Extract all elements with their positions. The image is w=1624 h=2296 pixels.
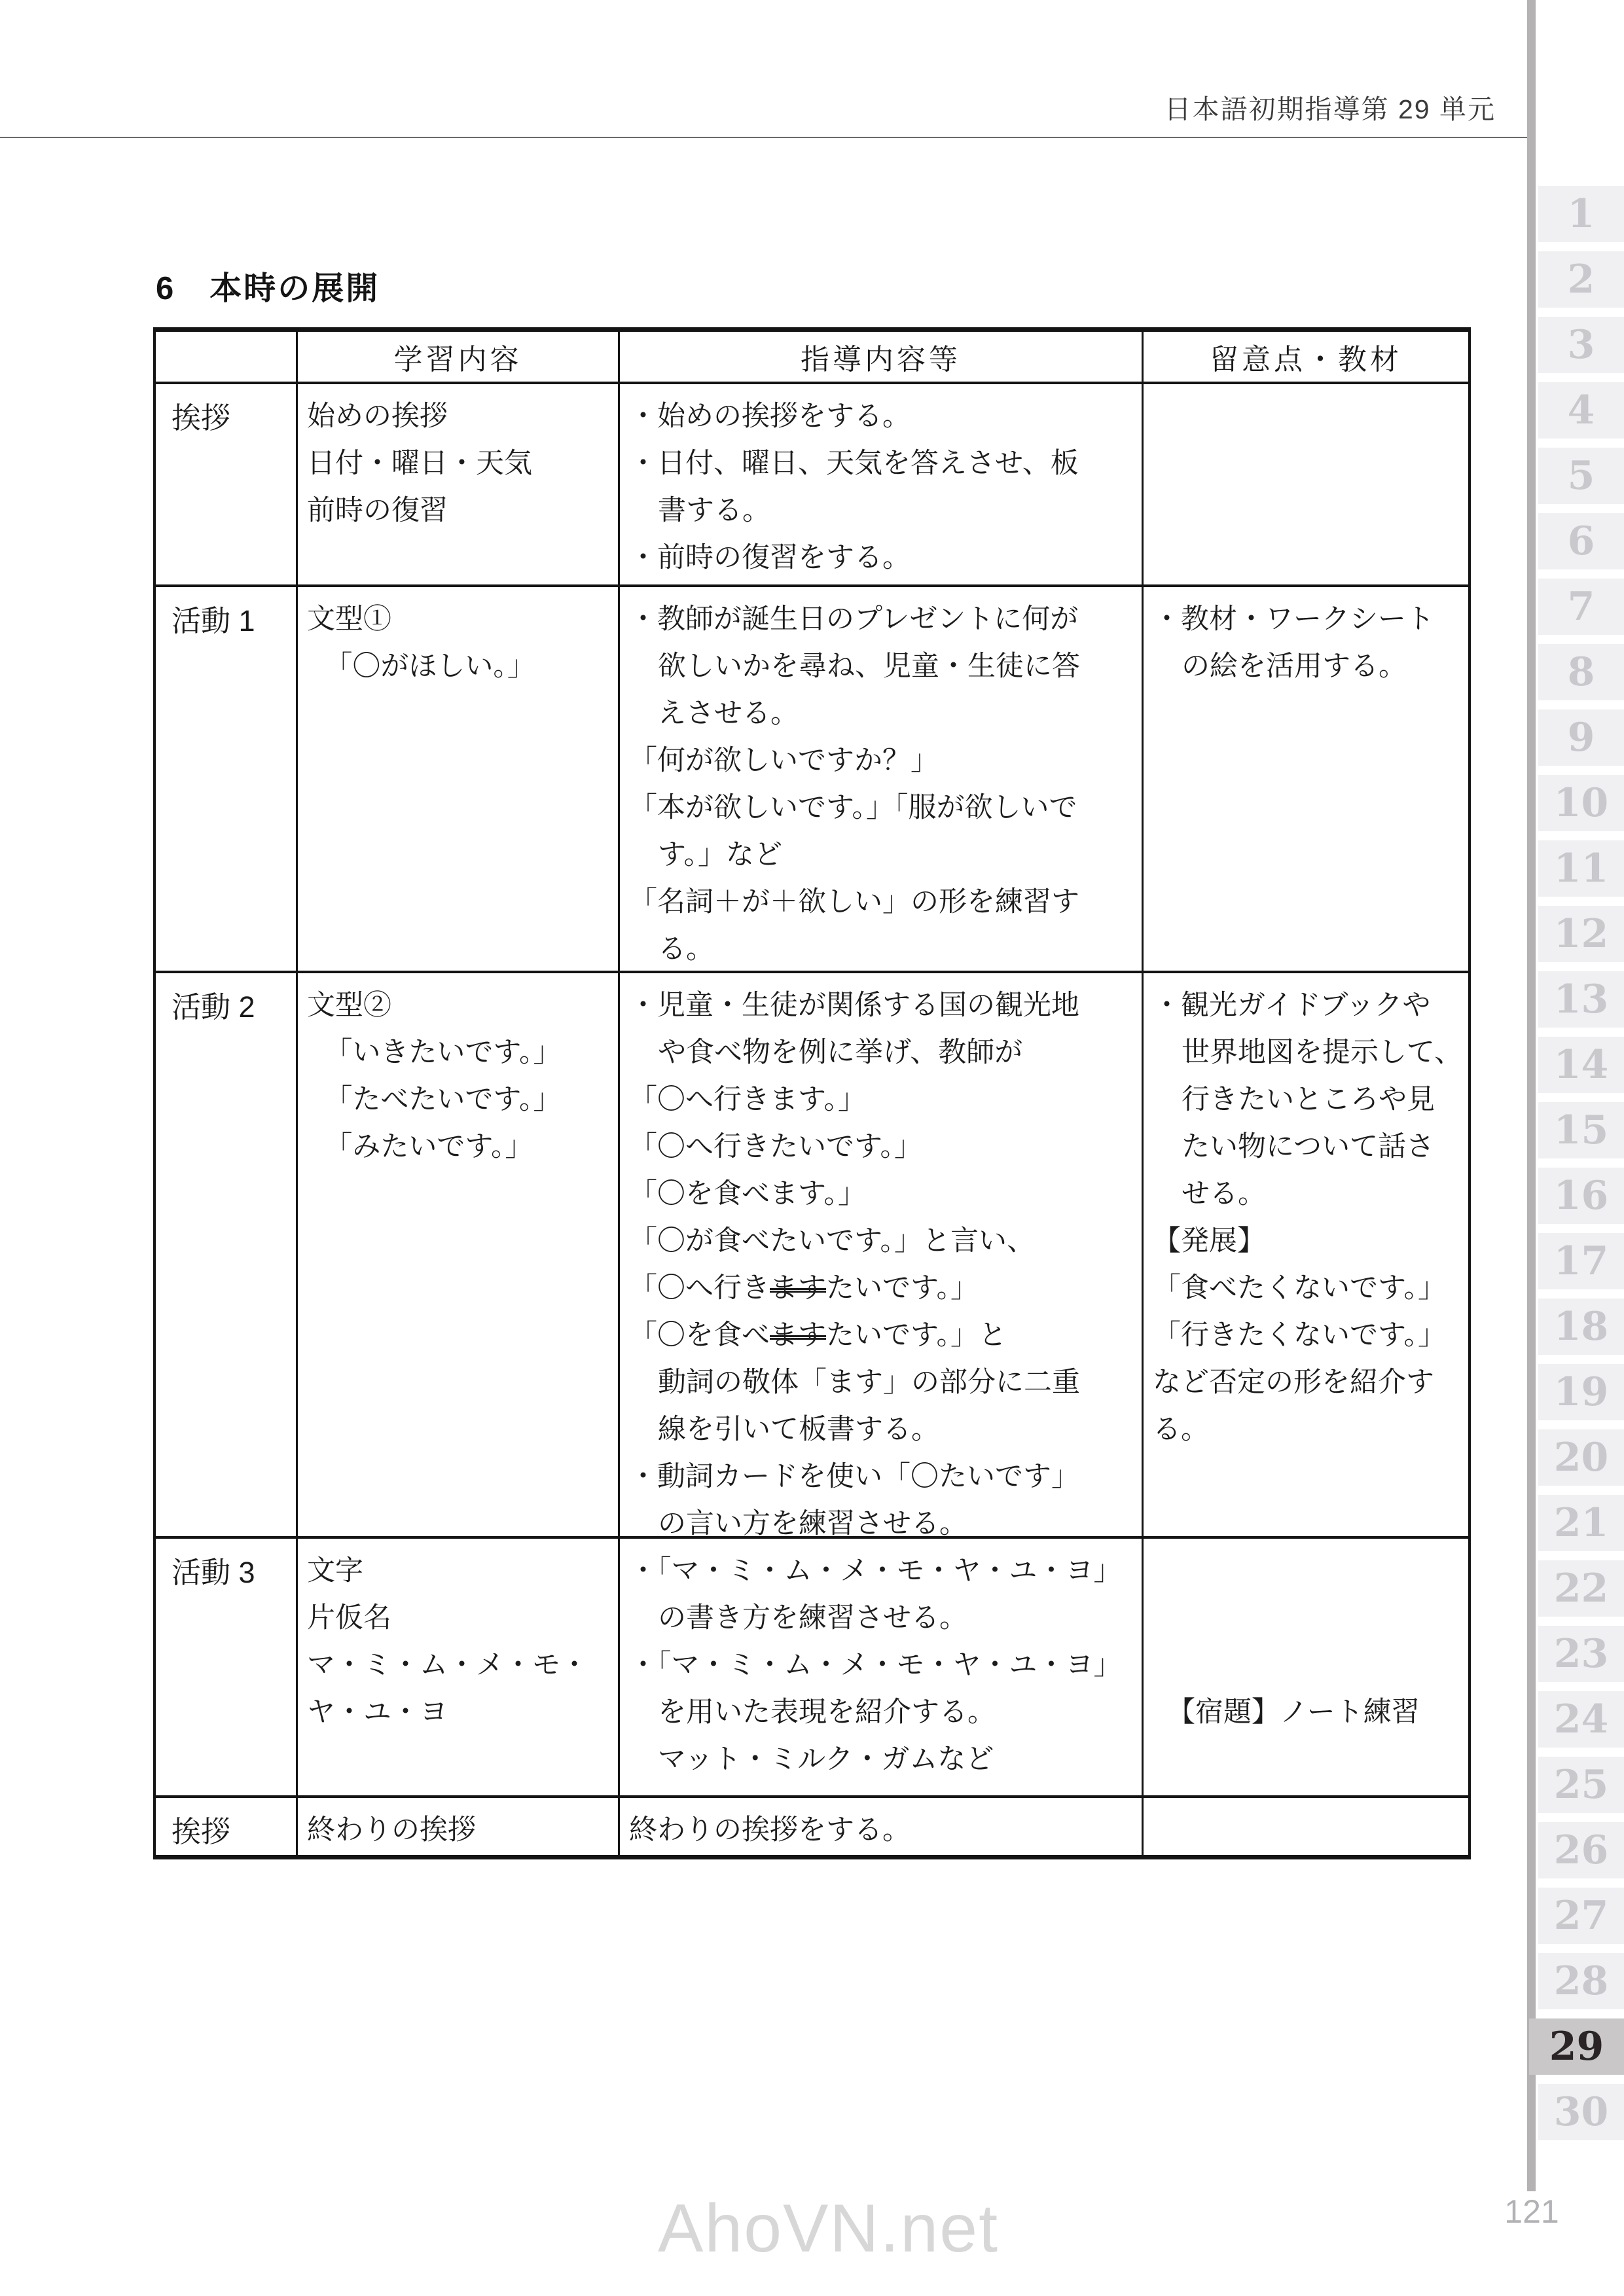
text-line: 文型② (307, 982, 618, 1030)
notes-content-cell: 【宿題】ノート練習 (1144, 1539, 1468, 1798)
text-line: えさせる。 (629, 691, 1142, 738)
guidance-content-cell: ・「マ・ミ・ム・メ・モ・ヤ・ユ・ヨ」の書き方を練習させる。・「マ・ミ・ム・メ・モ… (620, 1539, 1144, 1798)
chapter-tab-13[interactable]: 13 (1538, 971, 1624, 1028)
text-line: 「本が欲しいです。」「服が欲しいで (629, 785, 1142, 832)
chapter-tab-15[interactable]: 15 (1538, 1102, 1624, 1158)
text-line: ・前時の復習をする。 (629, 535, 1142, 582)
text-run: せる。 (1182, 1179, 1266, 1210)
text-run: 「〇がほしい。」 (324, 651, 535, 682)
text-run: 日付・曜日・天気 (307, 448, 532, 479)
text-line: など否定の形を紹介す (1153, 1359, 1468, 1407)
double-strikethrough-text: ます (770, 1320, 826, 1351)
double-strikethrough-text: ます (770, 1273, 826, 1304)
row-label: 挨拶 (171, 395, 296, 442)
chapter-tab-29-active[interactable]: 29 (1529, 2018, 1624, 2075)
chapter-tab-27[interactable]: 27 (1538, 1888, 1624, 1944)
text-line: ・観光ガイドブックや (1153, 982, 1468, 1030)
text-line: ・動詞カードを使い「〇たいです」 (629, 1454, 1142, 1501)
text-run: 「いきたいです。」 (324, 1037, 561, 1068)
column-header: 指導内容等 (620, 332, 1144, 384)
text-line: 線を引いて板書する。 (629, 1407, 1142, 1454)
text-run: 文型② (307, 990, 391, 1021)
text-line: 「みたいです。」 (307, 1124, 618, 1171)
chapter-tab-9[interactable]: 9 (1538, 709, 1624, 766)
text-run: 終わりの挨拶 (307, 1815, 476, 1846)
text-run: 「みたいです。」 (324, 1132, 533, 1162)
chapter-tab-23[interactable]: 23 (1538, 1626, 1624, 1682)
chapter-tab-2[interactable]: 2 (1538, 251, 1624, 308)
watermark: AhoVN.net (658, 2190, 999, 2268)
text-line: 「行きたくないです。」 (1153, 1312, 1468, 1359)
guidance-content-cell: ・児童・生徒が関係する国の観光地や食べ物を例に挙げ、教師が「〇へ行きます。」「〇… (620, 973, 1144, 1539)
chapter-tab-28[interactable]: 28 (1538, 1953, 1624, 2009)
chapter-tab-6[interactable]: 6 (1538, 513, 1624, 569)
text-line: 「〇へ行きますたいです。」 (629, 1265, 1142, 1312)
document-page: 日本語初期指導第 29 単元 6 本時の展開 学習内容指導内容等留意点・教材挨拶… (0, 0, 1624, 2296)
text-run: ・「マ・ミ・ム・メ・モ・ヤ・ユ・ヨ」 (629, 1556, 1122, 1587)
text-run: 文型① (307, 604, 391, 635)
chapter-tab-25[interactable]: 25 (1538, 1757, 1624, 1813)
text-line: マット・ミルク・ガムなど (629, 1736, 1142, 1784)
text-line: 書する。 (629, 488, 1142, 535)
text-line: 世界地図を提示して、 (1153, 1030, 1468, 1077)
chapter-tab-7[interactable]: 7 (1538, 579, 1624, 635)
text-run: 前時の復習 (307, 495, 448, 526)
text-line: の書き方を練習させる。 (629, 1595, 1142, 1642)
text-line: 行きたいところや見 (1153, 1077, 1468, 1124)
text-run: 書する。 (658, 495, 770, 526)
guidance-content-cell: ・始めの挨拶をする。・日付、曜日、天気を答えさせ、板書する。・前時の復習をする。 (620, 384, 1144, 587)
text-run: 「本が欲しいです。」「服が欲しいで (629, 793, 1077, 823)
text-run: す。」など (658, 840, 782, 870)
text-run: えさせる。 (658, 698, 799, 729)
text-line: 「〇が食べたいです。」と言い、 (629, 1218, 1142, 1265)
guidance-content-cell: 終わりの挨拶をする。 (620, 1798, 1144, 1855)
text-line: ・教材・ワークシート (1153, 596, 1468, 643)
chapter-tab-5[interactable]: 5 (1538, 448, 1624, 504)
learning-content-cell: 文型①「〇がほしい。」 (298, 587, 620, 973)
chapter-tab-21[interactable]: 21 (1538, 1495, 1624, 1551)
text-line: 日付・曜日・天気 (307, 440, 618, 488)
text-run: 「行きたくないです。」 (1153, 1320, 1446, 1351)
text-run: 文字 (307, 1556, 363, 1587)
text-line (1153, 1642, 1468, 1689)
column-header: 学習内容 (298, 332, 620, 384)
text-run: 行きたいところや見 (1182, 1085, 1435, 1115)
chapter-tab-3[interactable]: 3 (1538, 317, 1624, 373)
text-run: を用いた表現を紹介する。 (658, 1697, 996, 1728)
text-run: の書き方を練習させる。 (658, 1603, 967, 1634)
text-run: ・日付、曜日、天気を答えさせ、板 (629, 448, 1079, 479)
text-run: マット・ミルク・ガムなど (658, 1744, 994, 1775)
text-run: 「〇が食べたいです。」と言い、 (629, 1226, 1035, 1257)
text-run: マ・ミ・ム・メ・モ・ (307, 1650, 588, 1681)
sidebar-rail (1527, 0, 1536, 2191)
text-line: 「〇へ行きたいです。」 (629, 1124, 1142, 1171)
text-line: 終わりの挨拶 (307, 1807, 618, 1854)
chapter-tab-20[interactable]: 20 (1538, 1429, 1624, 1486)
text-run: 「〇へ行きたいです。」 (629, 1132, 922, 1162)
text-line: 動詞の敬体「ます」の部分に二重 (629, 1359, 1142, 1407)
text-run: ・教材・ワークシート (1153, 604, 1434, 635)
page-number: 121 (1466, 2193, 1597, 2231)
text-line: 欲しいかを尋ね、児童・生徒に答 (629, 643, 1142, 691)
text-line: 「何が欲しいですか？」 (629, 738, 1142, 785)
text-line: 文字 (307, 1548, 618, 1595)
row-label-cell: 活動 1 (156, 587, 298, 973)
text-run: ・児童・生徒が関係する国の観光地 (629, 990, 1079, 1021)
row-label: 活動 1 (171, 598, 296, 645)
text-line: 「たべたいです。」 (307, 1077, 618, 1124)
chapter-tab-11[interactable]: 11 (1538, 840, 1624, 897)
text-line: 「名詞＋が＋欲しい」の形を練習す (629, 879, 1142, 926)
text-line: 「〇がほしい。」 (307, 643, 618, 691)
text-run: ・教師が誕生日のプレゼントに何が (629, 604, 1078, 635)
text-line: 前時の復習 (307, 488, 618, 535)
column-header (156, 332, 298, 384)
chapter-tab-4[interactable]: 4 (1538, 382, 1624, 439)
guidance-content-cell: ・教師が誕生日のプレゼントに何が欲しいかを尋ね、児童・生徒に答えさせる。「何が欲… (620, 587, 1144, 973)
text-line: 「いきたいです。」 (307, 1030, 618, 1077)
text-run: 片仮名 (307, 1603, 391, 1634)
text-run: 「〇へ行きます。」 (629, 1085, 866, 1115)
text-line: す。」など (629, 832, 1142, 879)
text-line: ・「マ・ミ・ム・メ・モ・ヤ・ユ・ヨ」 (629, 1642, 1142, 1689)
text-line: 【発展】 (1153, 1218, 1468, 1265)
text-line: せる。 (1153, 1171, 1468, 1218)
text-line: ヤ・ユ・ヨ (307, 1689, 618, 1736)
row-label-cell: 挨拶 (156, 384, 298, 587)
running-header: 日本語初期指導第 29 単元 (1164, 88, 1496, 126)
text-run: ヤ・ユ・ヨ (307, 1697, 448, 1728)
row-label-cell: 挨拶 (156, 1798, 298, 1855)
learning-content-cell: 終わりの挨拶 (298, 1798, 620, 1855)
text-line (1153, 1548, 1468, 1595)
chapter-tab-1[interactable]: 1 (1538, 186, 1624, 242)
text-line: ・日付、曜日、天気を答えさせ、板 (629, 440, 1142, 488)
learning-content-cell: 文字片仮名マ・ミ・ム・メ・モ・ヤ・ユ・ヨ (298, 1539, 620, 1798)
section-title: 6 本時の展開 (156, 263, 380, 309)
row-label: 活動 3 (171, 1549, 296, 1596)
row-label: 挨拶 (171, 1808, 296, 1856)
text-run: ・観光ガイドブックや (1153, 990, 1430, 1021)
text-line (1153, 1595, 1468, 1642)
text-run: の言い方を練習させる。 (658, 1509, 967, 1539)
text-run: 欲しいかを尋ね、児童・生徒に答 (658, 651, 1080, 682)
text-line: 終わりの挨拶をする。 (629, 1807, 1142, 1854)
text-run: たいです。」 (826, 1273, 979, 1304)
text-line: 「食べたくないです。」 (1153, 1265, 1468, 1312)
chapter-tab-26[interactable]: 26 (1538, 1822, 1624, 1878)
text-run: たいです。」と (826, 1320, 1007, 1351)
text-line: 始めの挨拶 (307, 393, 618, 440)
text-line: 【宿題】ノート練習 (1153, 1689, 1468, 1736)
text-run: る。 (658, 934, 714, 965)
chapter-tab-30[interactable]: 30 (1538, 2084, 1624, 2140)
notes-content-cell: ・教材・ワークシートの絵を活用する。 (1144, 587, 1468, 973)
text-line: の絵を活用する。 (1153, 643, 1468, 691)
text-line: 片仮名 (307, 1595, 618, 1642)
text-run: 始めの挨拶 (307, 401, 448, 432)
text-run: る。 (1153, 1414, 1209, 1445)
learning-content-cell: 始めの挨拶日付・曜日・天気前時の復習 (298, 384, 620, 587)
text-run: など否定の形を紹介す (1153, 1367, 1434, 1398)
learning-content-cell: 文型②「いきたいです。」「たべたいです。」「みたいです。」 (298, 973, 620, 1539)
chapter-tab-14[interactable]: 14 (1538, 1037, 1624, 1093)
notes-content-cell (1144, 384, 1468, 587)
text-run: 「たべたいです。」 (324, 1085, 561, 1115)
text-run: ・動詞カードを使い「〇たいです」 (629, 1462, 1079, 1492)
text-run: 世界地図を提示して、 (1182, 1037, 1462, 1068)
row-label: 活動 2 (171, 984, 296, 1031)
text-run: たい物について話さ (1182, 1132, 1434, 1162)
text-line: を用いた表現を紹介する。 (629, 1689, 1142, 1736)
row-label-cell: 活動 2 (156, 973, 298, 1539)
chapter-tab-18[interactable]: 18 (1538, 1299, 1624, 1355)
text-run: 「名詞＋が＋欲しい」の形を練習す (629, 887, 1079, 918)
notes-content-cell: ・観光ガイドブックや世界地図を提示して、行きたいところや見たい物について話させる… (1144, 973, 1468, 1539)
text-line: ・「マ・ミ・ム・メ・モ・ヤ・ユ・ヨ」 (629, 1548, 1142, 1595)
text-run: 「何が欲しいですか？」 (629, 745, 939, 776)
text-line: 「〇を食べますたいです。」と (629, 1312, 1142, 1359)
text-run: 「食べたくないです。」 (1153, 1273, 1446, 1304)
chapter-tab-10[interactable]: 10 (1538, 775, 1624, 831)
text-run: ・「マ・ミ・ム・メ・モ・ヤ・ユ・ヨ」 (629, 1650, 1122, 1681)
text-line: ・児童・生徒が関係する国の観光地 (629, 982, 1142, 1030)
text-run: 「〇へ行き (629, 1273, 770, 1304)
text-run: 【宿題】ノート練習 (1167, 1697, 1420, 1728)
text-line: 「〇へ行きます。」 (629, 1077, 1142, 1124)
chapter-tab-17[interactable]: 17 (1538, 1233, 1624, 1289)
lesson-plan-table: 学習内容指導内容等留意点・教材挨拶始めの挨拶日付・曜日・天気前時の復習・始めの挨… (153, 327, 1471, 1859)
text-run: や食べ物を例に挙げ、教師が (658, 1037, 1022, 1068)
chapter-tab-22[interactable]: 22 (1538, 1560, 1624, 1617)
text-line: ・教師が誕生日のプレゼントに何が (629, 596, 1142, 643)
column-header: 留意点・教材 (1144, 332, 1468, 384)
text-line: 「〇を食べます。」 (629, 1171, 1142, 1218)
chapter-tab-12[interactable]: 12 (1538, 906, 1624, 962)
text-line: 文型① (307, 596, 618, 643)
chapter-tab-16[interactable]: 16 (1538, 1168, 1624, 1224)
text-run: の絵を活用する。 (1182, 651, 1407, 682)
text-run: 【発展】 (1153, 1226, 1265, 1257)
header-rule (0, 137, 1527, 138)
text-line: る。 (629, 926, 1142, 973)
text-line: たい物について話さ (1153, 1124, 1468, 1171)
row-label-cell: 活動 3 (156, 1539, 298, 1798)
text-run: 「〇を食べ (629, 1320, 770, 1351)
text-run: ・始めの挨拶をする。 (629, 401, 911, 432)
chapter-tab-8[interactable]: 8 (1538, 644, 1624, 700)
text-run: 「〇を食べます。」 (629, 1179, 866, 1210)
text-run: ・前時の復習をする。 (629, 543, 911, 573)
text-line: マ・ミ・ム・メ・モ・ (307, 1642, 618, 1689)
text-run: 線を引いて板書する。 (658, 1414, 939, 1445)
chapter-tab-19[interactable]: 19 (1538, 1364, 1624, 1420)
notes-content-cell (1144, 1798, 1468, 1855)
text-line: る。 (1153, 1407, 1468, 1454)
chapter-tab-24[interactable]: 24 (1538, 1691, 1624, 1748)
text-line: ・始めの挨拶をする。 (629, 393, 1142, 440)
text-run: 終わりの挨拶をする。 (629, 1815, 911, 1846)
text-line: や食べ物を例に挙げ、教師が (629, 1030, 1142, 1077)
text-run: 動詞の敬体「ます」の部分に二重 (658, 1367, 1080, 1398)
